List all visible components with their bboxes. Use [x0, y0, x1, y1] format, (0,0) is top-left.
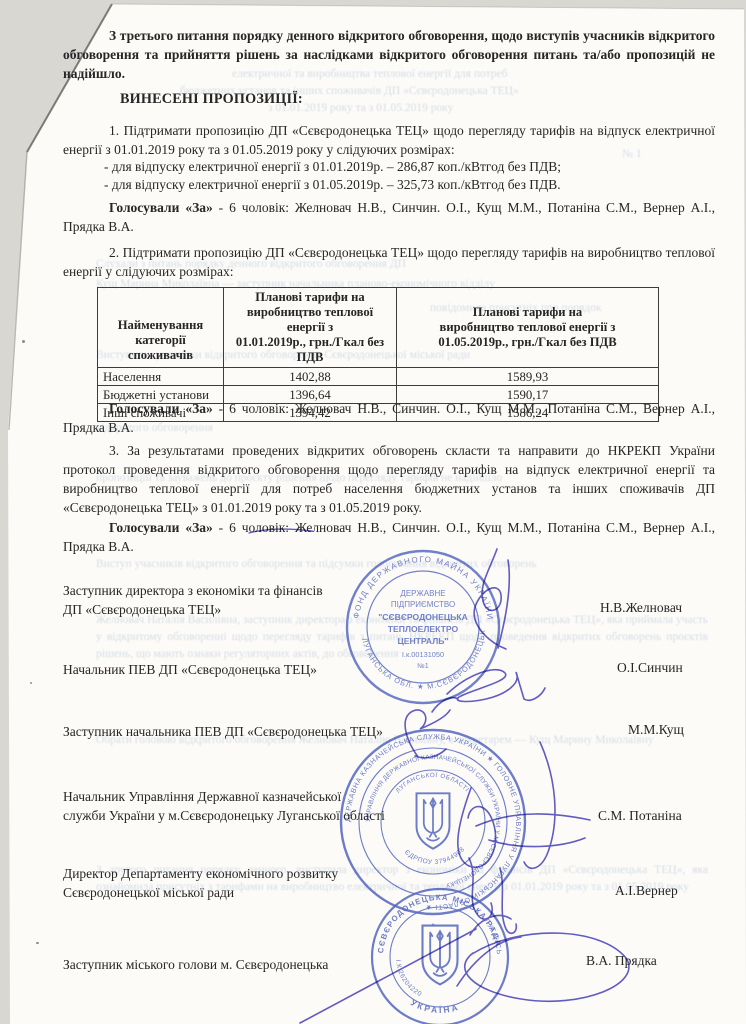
cell-tariff-jan: 1402,88	[224, 368, 397, 386]
proposal-1-tariff-may: - для відпуску електричної енергії з 01.…	[104, 176, 561, 194]
proposal-2-text: 2. Підтримати пропозицію ДП «Сєвєродонец…	[63, 243, 715, 281]
proposal-1-tariff-jan: - для відпуску електричної енергії з 01.…	[104, 158, 561, 176]
signatory-name: А.І.Вернер	[615, 883, 678, 899]
voting-za: «За»	[185, 200, 212, 215]
signatory-title: Начальник Управління Державної казначейс…	[63, 787, 341, 806]
voting-za: «За»	[185, 401, 212, 416]
table-row: Населення 1402,88 1589,93	[98, 368, 659, 386]
proposal-3-text: 3. За результатами проведених відкритих …	[63, 441, 715, 517]
signatory-title: Заступник директора з економіки та фінан…	[63, 581, 323, 600]
signatory-name: В.А. Прядка	[586, 953, 657, 969]
voting-label: Голосували	[109, 401, 179, 416]
voting-za: «За»	[185, 520, 212, 535]
intro-paragraph: З третього питання порядку денного відкр…	[63, 26, 715, 83]
signatory-name: О.І.Синчин	[617, 660, 683, 676]
signatory-title: Заступник начальника ПЕВ ДП «Сєвєродонец…	[63, 722, 383, 741]
voting-result-1: Голосували«За» - 6 чоловік: Желновач Н.В…	[63, 198, 715, 236]
document-content: З третього питання порядку денного відкр…	[0, 0, 746, 1024]
signatory-title: Начальник ПЕВ ДП «Сєвєродонецька ТЕЦ»	[63, 660, 317, 679]
cell-category: Населення	[98, 368, 224, 386]
signatory-name: Н.В.Желновач	[600, 600, 682, 616]
signatory-name: С.М. Потаніна	[598, 808, 682, 824]
signatory-name: М.М.Кущ	[628, 722, 684, 738]
voting-result-2: Голосували«За» - 6 чоловік: Желновач Н.В…	[63, 399, 715, 437]
col-header-category: Найменуваннякатегорії споживачів	[98, 288, 224, 368]
proposal-1-text: 1. Підтримати пропозицію ДП «Сєвєродонец…	[63, 121, 715, 159]
col-header-tariff-jan: Планові тарифи навиробництво теплової ен…	[224, 288, 397, 368]
scanned-document-page: електричної та виробництва теплової енер…	[0, 0, 746, 1024]
voting-label: Голосували	[109, 200, 179, 215]
signatory-title: Заступник міського голови м. Сєвєродонец…	[63, 955, 328, 974]
voting-result-3: Голосували«За» - 6 чоловік: Желновач Н.В…	[63, 518, 715, 556]
cell-tariff-may: 1589,93	[397, 368, 659, 386]
voting-label: Голосували	[109, 520, 179, 535]
signatory-title: ДП «Сєвєродонецька ТЕЦ»	[63, 600, 221, 619]
signatory-title: Директор Департаменту економічного розви…	[63, 864, 338, 883]
col-header-tariff-may: Планові тарифи навиробництво теплової ен…	[397, 288, 659, 368]
signatory-title: Сєвєродонецької міської ради	[63, 883, 234, 902]
table-header-row: Найменуваннякатегорії споживачів Планові…	[98, 288, 659, 368]
proposals-heading: ВИНЕСЕНІ ПРОПОЗИЦІЇ:	[120, 90, 715, 109]
signatory-title: служби України у м.Сєвєродонецьку Луганс…	[63, 806, 385, 825]
